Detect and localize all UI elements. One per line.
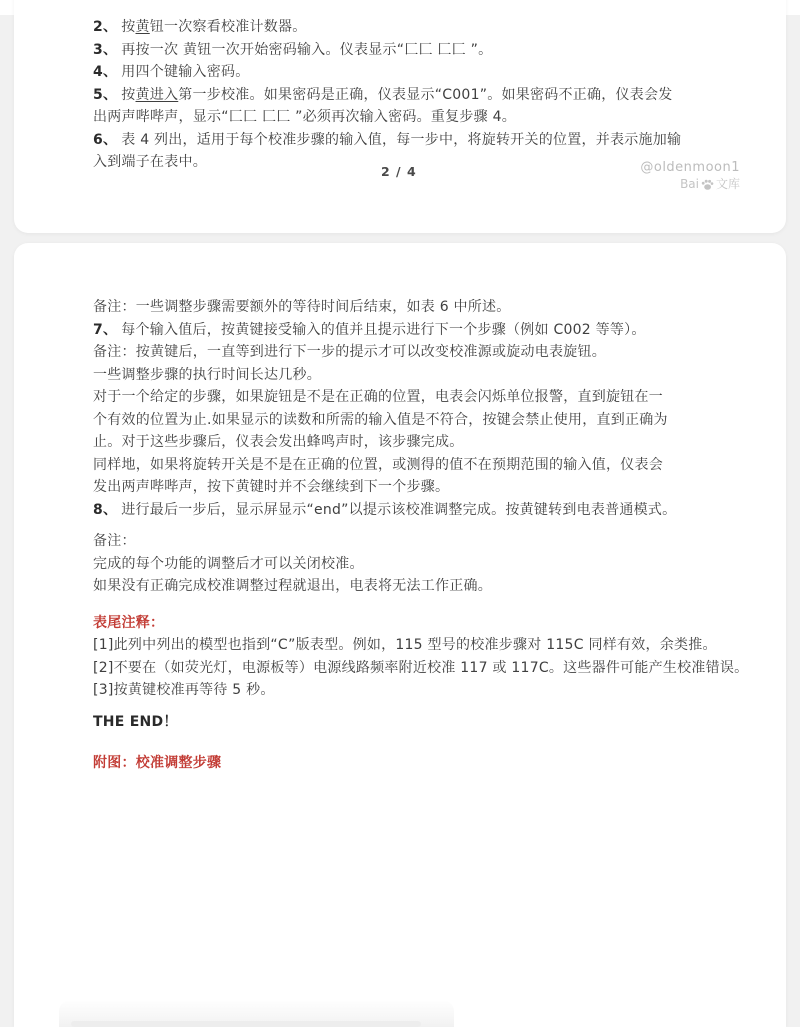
step-number: 7、	[93, 322, 117, 338]
text-segment: 备注：按黄键后，一直等到进行下一步的提示才可以改变校准源或旋动电表旋钮。	[93, 344, 606, 360]
document-page-2: 2、按黄钮一次察看校准计数器。 3、再按一次 黄钮一次开始密码输入。仪表显示“匚…	[14, 0, 786, 233]
step-line-5: 5、按黄进入第一步校准。如果密码是正确，仪表显示“C001”。如果密码不正确，仪…	[93, 84, 733, 107]
text-segment: 按	[121, 19, 135, 35]
page1-text-block: 2、按黄钮一次察看校准计数器。 3、再按一次 黄钮一次开始密码输入。仪表显示“匚…	[93, 16, 733, 174]
body-line: 个有效的位置为止.如果显示的读数和所需的输入值是不符合，按键会禁止使用，直到正确…	[93, 409, 733, 432]
body-line: 发出两声哔哔声，按下黄键时并不会继续到下一个步骤。	[93, 476, 733, 499]
brand-text-pre: Bai	[680, 177, 699, 192]
paw-print-icon	[701, 179, 714, 191]
text-segment: 第一步校准。如果密码是正确，仪表显示“C001”。如果密码不正确，仪表会发	[178, 87, 672, 103]
text-segment: THE END！	[93, 714, 178, 730]
footnote-3: [3]按黄键校准再等待 5 秒。	[93, 679, 733, 702]
document-page-3: 备注：一些调整步骤需要额外的等待时间后结束，如表 6 中所述。 7、每个输入值后…	[14, 243, 786, 1027]
text-segment: 止。对于这些步骤后，仪表会发出蜂鸣声时，该步骤完成。	[93, 434, 464, 450]
step-number: 8、	[93, 502, 117, 518]
text-segment: 同样地，如果将旋转开关是不是在正确的位置，或测得的值不在预期范围的输入值，仪表会	[93, 457, 663, 473]
footnote-1: [1]此列中列出的模型也指到“C”版表型。例如，115 型号的校准步骤对 115…	[93, 634, 733, 657]
step-line-7: 7、每个输入值后，按黄键接受输入的值并且提示进行下一个步骤（例如 C002 等等…	[93, 319, 733, 342]
brand-text-post: 文库	[716, 177, 740, 192]
footnotes-heading: 表尾注释：	[93, 612, 733, 635]
step-number: 2、	[93, 19, 117, 35]
body-line: 一些调整步骤的执行时间长达几秒。	[93, 364, 733, 387]
footnote-2: [2]不要在（如荧光灯，电源板等）电源线路频率附近校准 117 或 117C。这…	[93, 657, 733, 680]
watermark: @oldenmoon1 Bai文库	[640, 160, 740, 192]
body-line: 止。对于这些步骤后，仪表会发出蜂鸣声时，该步骤完成。	[93, 431, 733, 454]
step-line-8: 8、进行最后一步后，显示屏显示“end”以提示该校准调整完成。按黄键转到电表普通…	[93, 499, 733, 522]
watermark-handle: @oldenmoon1	[640, 160, 740, 175]
note-line: 备注：按黄键后，一直等到进行下一步的提示才可以改变校准源或旋动电表旋钮。	[93, 341, 733, 364]
text-segment: 附图：校准调整步骤	[93, 755, 221, 771]
page-indicator: 2 / 4	[381, 164, 417, 179]
note-line: 备注：一些调整步骤需要额外的等待时间后结束，如表 6 中所述。	[93, 296, 733, 319]
step-number: 4、	[93, 64, 117, 80]
text-segment: 用四个键输入密码。	[121, 64, 249, 80]
text-segment: 每个输入值后，按黄键接受输入的值并且提示进行下一个步骤（例如 C002 等等）。	[121, 322, 645, 338]
step-line-6: 6、表 4 列出，适用于每个校准步骤的输入值，每一步中，将旋转开关的位置，并表示…	[93, 129, 733, 152]
next-figure-edge	[71, 1021, 421, 1027]
text-segment: [2]不要在（如荧光灯，电源板等）电源线路频率附近校准 117 或 117C。这…	[93, 660, 748, 676]
step-number: 3、	[93, 42, 117, 58]
note-heading: 备注：	[93, 530, 733, 553]
appendix-heading: 附图：校准调整步骤	[93, 752, 733, 775]
step-line-4: 4、用四个键输入密码。	[93, 61, 733, 84]
text-segment: 钮一次察看校准计数器。	[150, 19, 307, 35]
text-segment: 备注：一些调整步骤需要额外的等待时间后结束，如表 6 中所述。	[93, 299, 511, 315]
text-segment: 进行最后一步后，显示屏显示“end”以提示该校准调整完成。按黄键转到电表普通模式…	[121, 502, 676, 518]
step-line-5-cont: 出两声哔哔声，显示“匚匚 匚匚 ”必须再次输入密码。重复步骤 4。	[93, 106, 733, 129]
text-segment: 按	[121, 87, 135, 103]
text-segment: 完成的每个功能的调整后才可以关闭校准。	[93, 556, 364, 572]
underlined-segment: 黄进入	[136, 87, 179, 103]
text-segment: 一些调整步骤的执行时间长达几秒。	[93, 367, 321, 383]
note-line: 如果没有正确完成校准调整过程就退出，电表将无法工作正确。	[93, 575, 733, 598]
text-segment: 对于一个给定的步骤，如果旋钮是不是在正确的位置，电表会闪烁单位报警，直到旋钮在一	[93, 389, 663, 405]
the-end-line: THE END！	[93, 711, 733, 734]
watermark-brand: Bai文库	[640, 177, 740, 192]
body-line: 同样地，如果将旋转开关是不是在正确的位置，或测得的值不在预期范围的输入值，仪表会	[93, 454, 733, 477]
next-figure-preview	[59, 1001, 454, 1027]
text-segment: 个有效的位置为止.如果显示的读数和所需的输入值是不符合，按键会禁止使用，直到正确…	[93, 412, 668, 428]
note-line: 完成的每个功能的调整后才可以关闭校准。	[93, 553, 733, 576]
step-number: 6、	[93, 132, 117, 148]
text-segment: 再按一次 黄钮一次开始密码输入。仪表显示“匚匚 匚匚 ”。	[121, 42, 492, 58]
text-segment: 发出两声哔哔声，按下黄键时并不会继续到下一个步骤。	[93, 479, 449, 495]
text-segment: [1]此列中列出的模型也指到“C”版表型。例如，115 型号的校准步骤对 115…	[93, 637, 717, 653]
step-line-2: 2、按黄钮一次察看校准计数器。	[93, 16, 733, 39]
text-segment: 备注：	[93, 533, 136, 549]
text-segment: 如果没有正确完成校准调整过程就退出，电表将无法工作正确。	[93, 578, 492, 594]
step-number: 5、	[93, 87, 117, 103]
step-line-3: 3、再按一次 黄钮一次开始密码输入。仪表显示“匚匚 匚匚 ”。	[93, 39, 733, 62]
body-line: 对于一个给定的步骤，如果旋钮是不是在正确的位置，电表会闪烁单位报警，直到旋钮在一	[93, 386, 733, 409]
text-segment: 出两声哔哔声，显示“匚匚 匚匚 ”必须再次输入密码。重复步骤 4。	[93, 109, 516, 125]
text-segment: 表 4 列出，适用于每个校准步骤的输入值，每一步中，将旋转开关的位置，并表示施加…	[121, 132, 681, 148]
text-segment: 表尾注释：	[93, 615, 164, 631]
page2-text-block: 备注：一些调整步骤需要额外的等待时间后结束，如表 6 中所述。 7、每个输入值后…	[93, 296, 733, 775]
underlined-segment: 黄	[136, 19, 150, 35]
text-segment: [3]按黄键校准再等待 5 秒。	[93, 682, 275, 698]
text-segment: 入到端子在表中。	[93, 154, 207, 170]
